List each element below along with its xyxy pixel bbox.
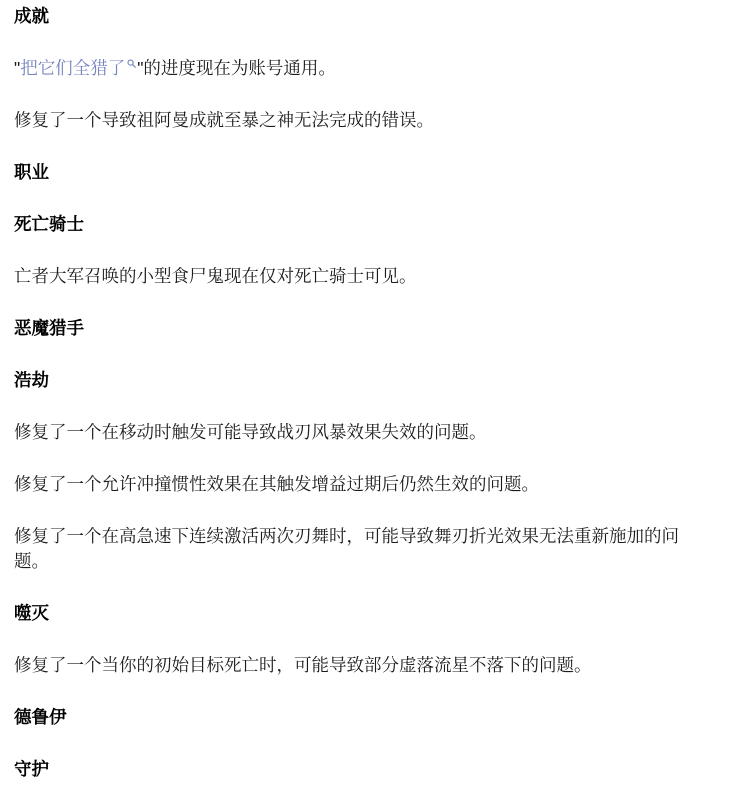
achievement-link-label: 把它们全猎了 [20, 58, 125, 78]
class-heading-death-knight: 死亡骑士 [14, 212, 704, 237]
section-heading-classes: 职业 [14, 160, 704, 185]
patch-notes-page: { "colors": { "background": "#ffffff", "… [0, 0, 734, 790]
patch-note-death-knight: 亡者大军召唤的小型食尸鬼现在仅对死亡骑士可见。 [14, 264, 704, 289]
patch-note-havoc-1: 修复了一个在移动时触发可能导致战刃风暴效果失效的问题。 [14, 420, 704, 445]
spec-heading-guardian: 守护 [14, 757, 704, 782]
patch-note-devourer-1: 修复了一个当你的初始目标死亡时，可能导致部分虚落流星不落下的问题。 [14, 653, 704, 678]
achievement-link-hunt-them-all[interactable]: 把它们全猎了 [20, 58, 137, 78]
class-heading-druid: 德鲁伊 [14, 705, 704, 730]
spec-heading-devourer: 噬灭 [14, 601, 704, 626]
patch-note-achievement-link: "把它们全猎了"的进度现在为账号通用。 [14, 56, 704, 81]
section-heading-achievements: 成就 [14, 4, 704, 29]
note-after-link: "的进度现在为账号通用。 [137, 58, 336, 78]
patch-note-havoc-2: 修复了一个允许冲撞惯性效果在其触发增益过期后仍然生效的问题。 [14, 472, 704, 497]
patch-note-zulaman: 修复了一个导致祖阿曼成就至暴之神无法完成的错误。 [14, 108, 704, 133]
magnifier-search-icon [127, 59, 136, 68]
patch-note-havoc-3: 修复了一个在高急速下连续激活两次刃舞时，可能导致舞刃折光效果无法重新施加的问题。 [14, 524, 704, 574]
class-heading-demon-hunter: 恶魔猎手 [14, 316, 704, 341]
spec-heading-havoc: 浩劫 [14, 368, 704, 393]
